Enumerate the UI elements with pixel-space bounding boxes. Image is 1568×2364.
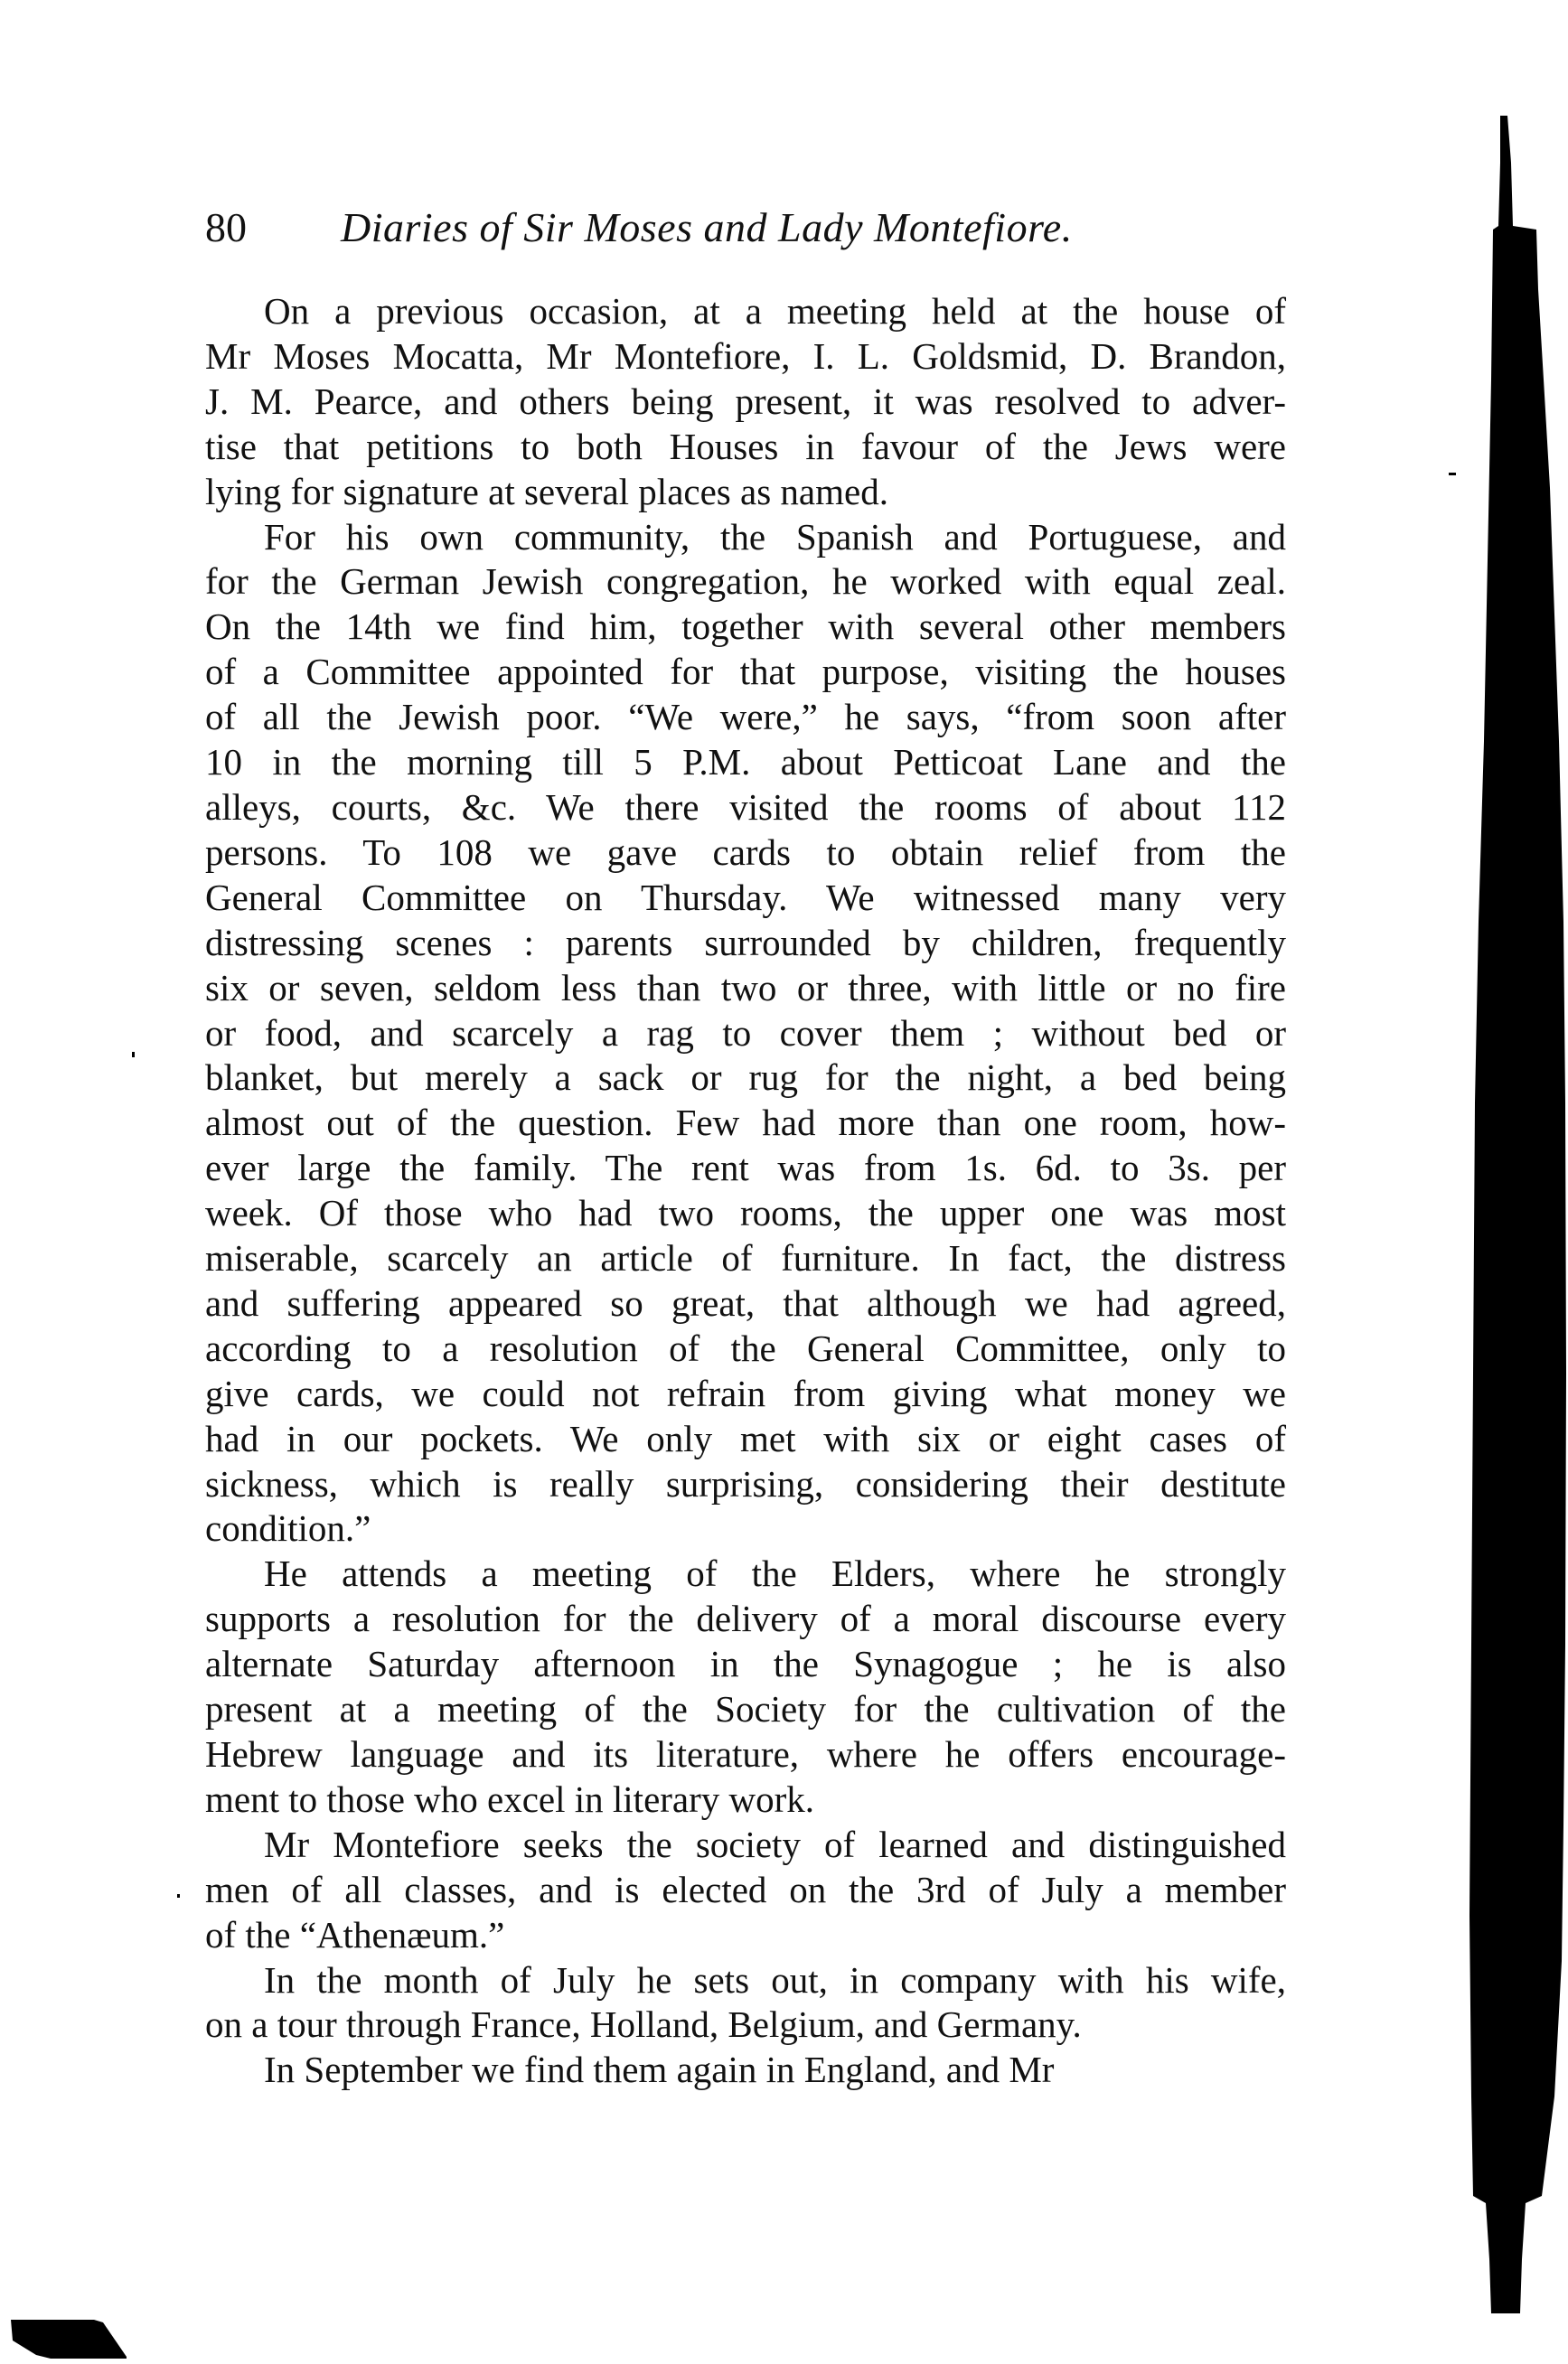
text-line: In September we find them again in Engla…	[205, 2048, 1286, 2093]
margin-speck	[1449, 473, 1456, 475]
paragraph: In the month of July he sets out, in com…	[205, 1958, 1286, 2049]
text-line: six or seven, seldom less than two or th…	[205, 966, 1286, 1011]
text-line: or food, and scarcely a rag to cover the…	[205, 1011, 1286, 1056]
text-line: had in our pockets. We only met with six…	[205, 1417, 1286, 1462]
paragraph: On a previous occasion, at a meeting hel…	[205, 289, 1286, 515]
scan-corner-artifact	[0, 2313, 145, 2364]
text-line: sickness, which is really surprising, co…	[205, 1462, 1286, 1507]
text-line: distressing scenes : parents surrounded …	[205, 921, 1286, 966]
scan-edge-shadow	[1464, 108, 1568, 2322]
text-line: For his own community, the Spanish and P…	[205, 515, 1286, 560]
text-line: On a previous occasion, at a meeting hel…	[205, 289, 1286, 334]
text-line: condition.”	[205, 1506, 1286, 1552]
text-line: of a Committee appointed for that purpos…	[205, 650, 1286, 695]
text-line: He attends a meeting of the Elders, wher…	[205, 1552, 1286, 1597]
page-number: 80	[205, 201, 247, 255]
text-line: supports a resolution for the delivery o…	[205, 1597, 1286, 1642]
text-line: ever large the family. The rent was from…	[205, 1146, 1286, 1191]
text-line: Hebrew language and its literature, wher…	[205, 1732, 1286, 1778]
margin-speck	[177, 1894, 180, 1898]
text-line: of the “Athenæum.”	[205, 1913, 1286, 1958]
body-text: On a previous occasion, at a meeting hel…	[205, 289, 1286, 2093]
text-line: for the German Jewish congregation, he w…	[205, 559, 1286, 605]
text-line: General Committee on Thursday. We witnes…	[205, 876, 1286, 921]
text-line: almost out of the question. Few had more…	[205, 1101, 1286, 1146]
running-head: 80 Diaries of Sir Moses and Lady Montefi…	[205, 201, 1286, 255]
text-line: on a tour through France, Holland, Belgi…	[205, 2003, 1286, 2048]
book-page: 80 Diaries of Sir Moses and Lady Montefi…	[0, 0, 1568, 2364]
text-line: give cards, we could not refrain from gi…	[205, 1372, 1286, 1417]
text-line: In the month of July he sets out, in com…	[205, 1958, 1286, 2003]
text-line: persons. To 108 we gave cards to obtain …	[205, 830, 1286, 876]
text-line: present at a meeting of the Society for …	[205, 1687, 1286, 1732]
margin-speck	[132, 1052, 135, 1057]
text-line: of all the Jewish poor. “We were,” he sa…	[205, 695, 1286, 740]
text-line: Mr Montefiore seeks the society of learn…	[205, 1823, 1286, 1868]
text-line: and suffering appeared so great, that al…	[205, 1281, 1286, 1327]
paragraph: In September we find them again in Engla…	[205, 2048, 1286, 2093]
text-line: according to a resolution of the General…	[205, 1327, 1286, 1372]
text-line: blanket, but merely a sack or rug for th…	[205, 1055, 1286, 1101]
text-line: alleys, courts, &c. We there visited the…	[205, 785, 1286, 830]
text-line: 10 in the morning till 5 P.M. about Pett…	[205, 740, 1286, 785]
text-line: J. M. Pearce, and others being present, …	[205, 380, 1286, 425]
running-title: Diaries of Sir Moses and Lady Montefiore…	[341, 201, 1073, 255]
paragraph: He attends a meeting of the Elders, wher…	[205, 1552, 1286, 1822]
text-line: Mr Moses Mocatta, Mr Montefiore, I. L. G…	[205, 334, 1286, 380]
paragraph: Mr Montefiore seeks the society of learn…	[205, 1823, 1286, 1958]
paragraph: For his own community, the Spanish and P…	[205, 515, 1286, 1553]
text-line: week. Of those who had two rooms, the up…	[205, 1191, 1286, 1236]
text-line: miserable, scarcely an article of furnit…	[205, 1236, 1286, 1281]
text-line: On the 14th we find him, together with s…	[205, 605, 1286, 650]
text-line: lying for signature at several places as…	[205, 470, 1286, 515]
text-line: ment to those who excel in literary work…	[205, 1778, 1286, 1823]
text-line: tise that petitions to both Houses in fa…	[205, 425, 1286, 470]
text-line: alternate Saturday afternoon in the Syna…	[205, 1642, 1286, 1687]
text-line: men of all classes, and is elected on th…	[205, 1868, 1286, 1913]
